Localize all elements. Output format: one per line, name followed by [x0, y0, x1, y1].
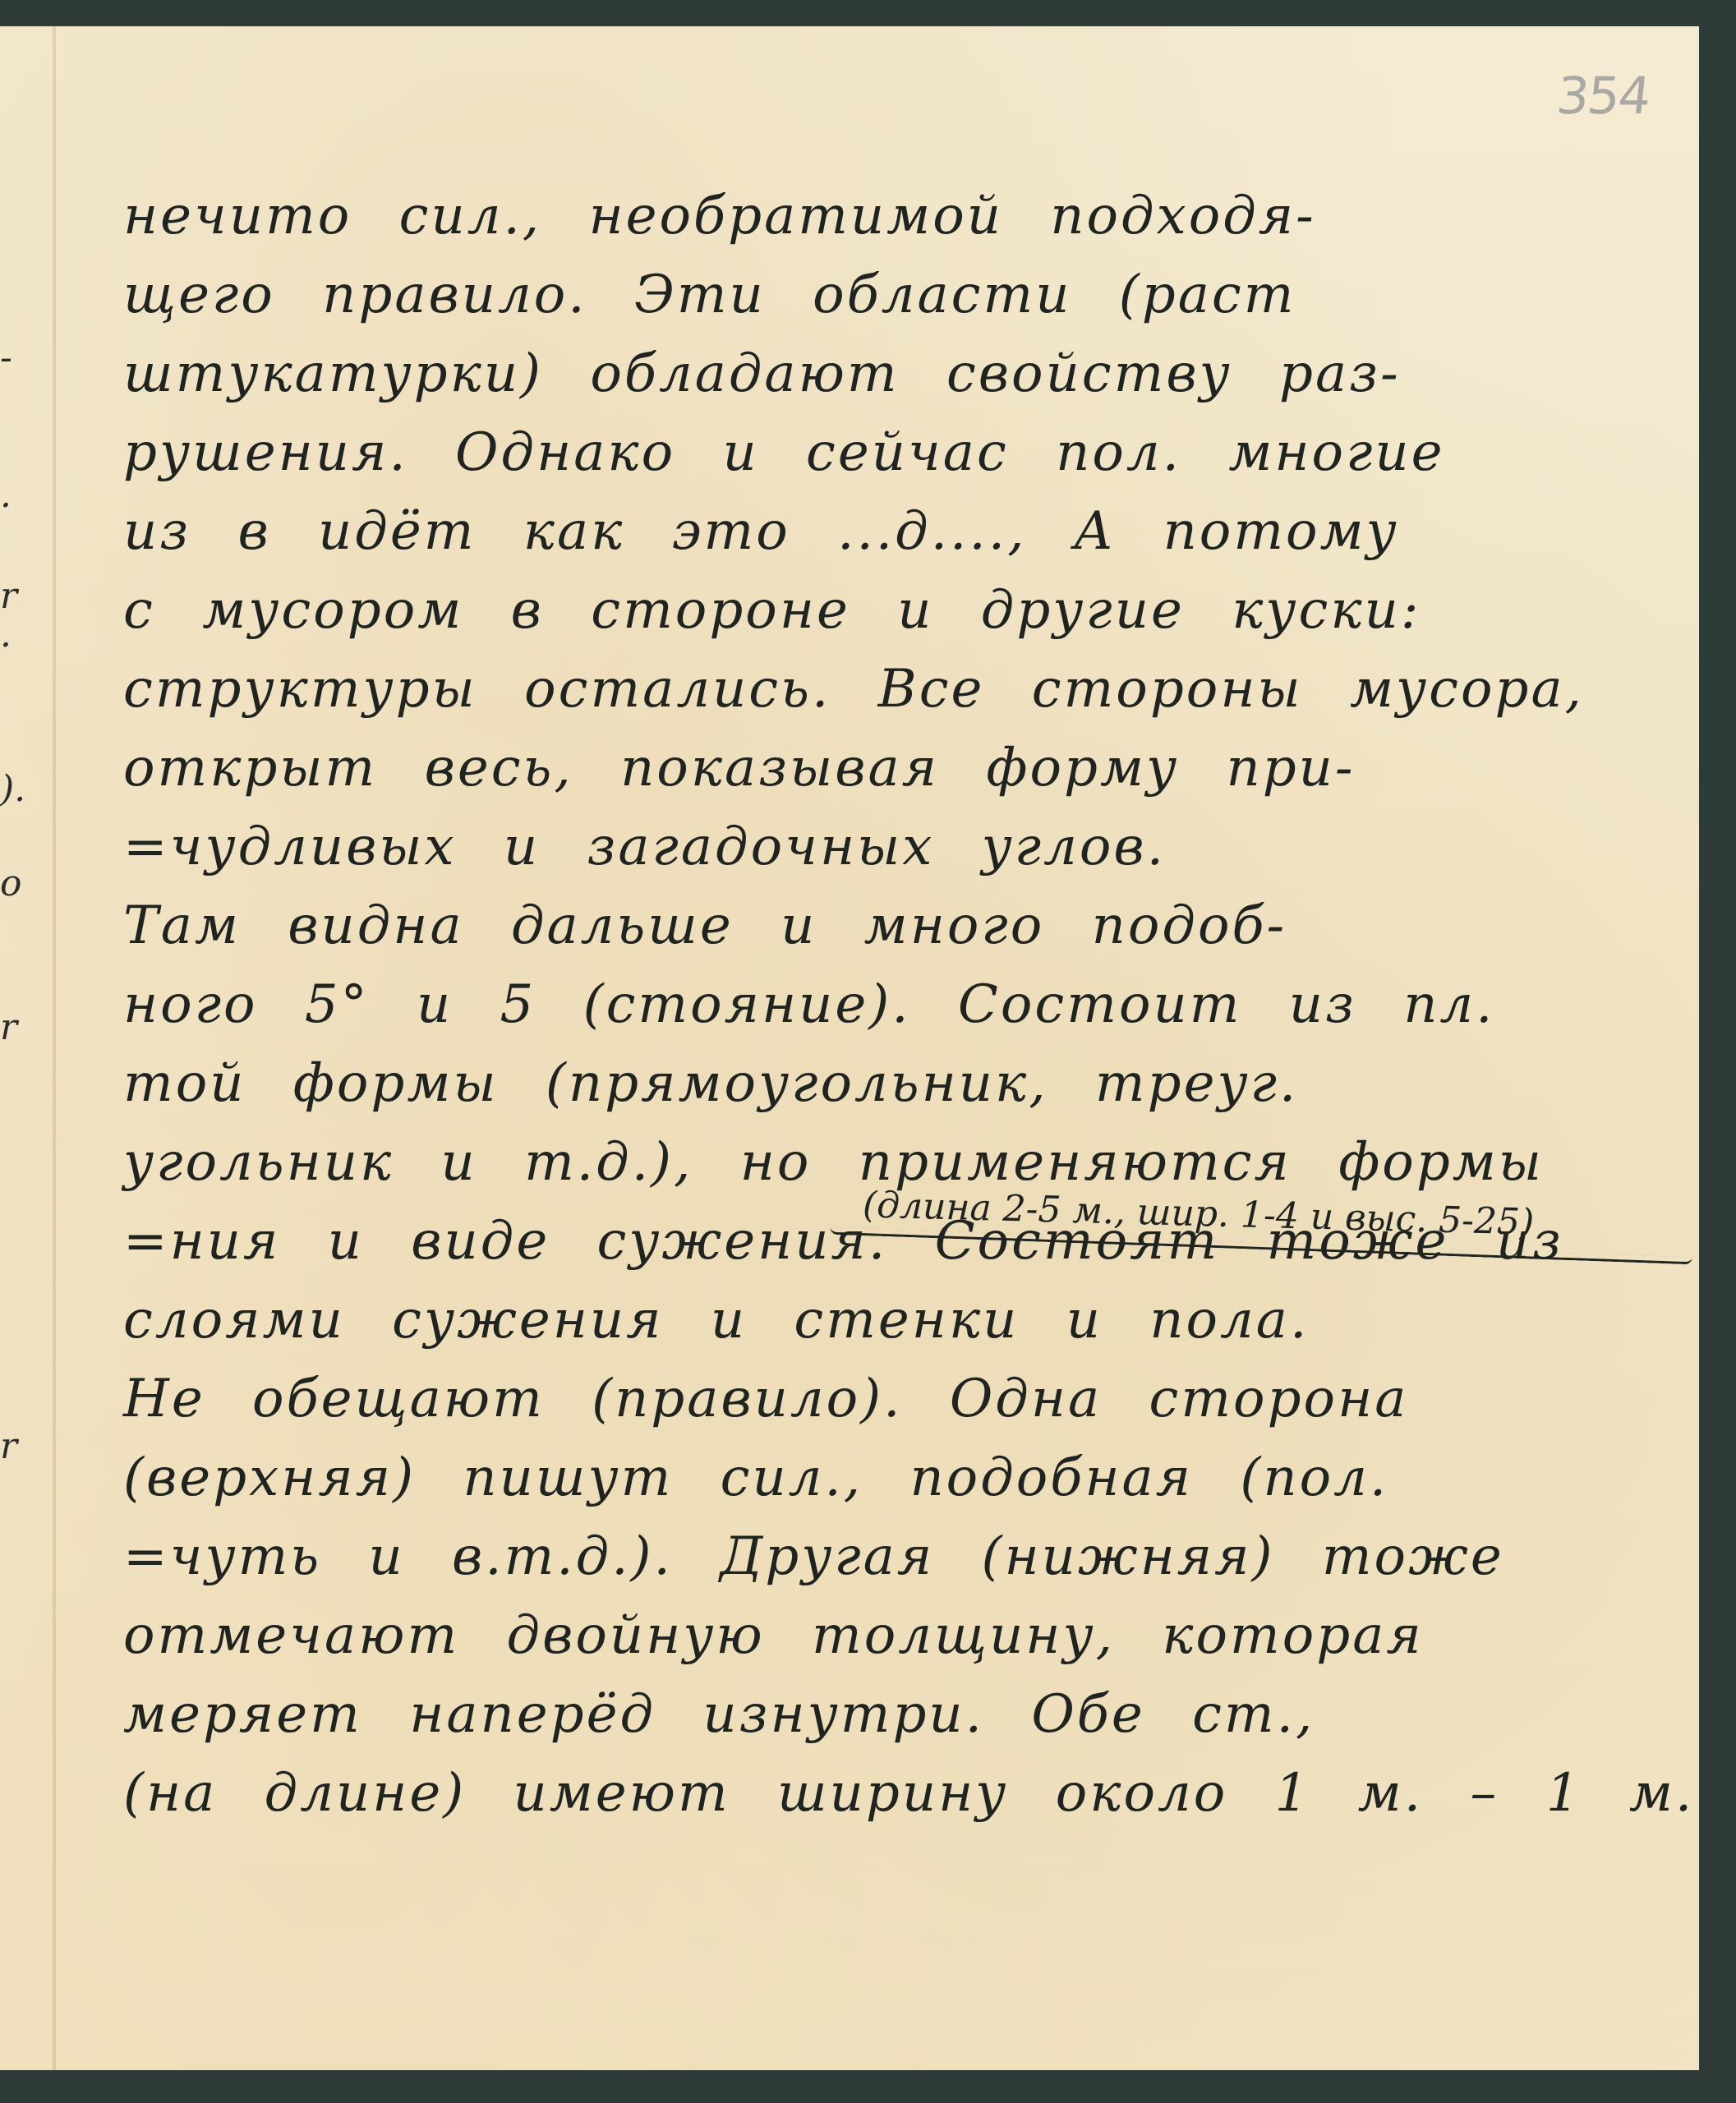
- manuscript-line: ного 5° и 5 (стояние). Состоит из пл.: [123, 965, 1684, 1044]
- margin-fragment: r: [0, 575, 17, 617]
- margin-fragment: ·: [0, 485, 12, 527]
- manuscript-line: слоями сужения и стенки и пола.: [123, 1281, 1684, 1360]
- manuscript-line: (на длине) имеют ширину около 1 м. – 1 м…: [123, 1754, 1684, 1833]
- manuscript-line: нечито сил., необратимой подходя-: [123, 177, 1684, 255]
- manuscript-line: Там видна дальше и много подоб-: [123, 886, 1684, 965]
- margin-fragment: r: [0, 1425, 17, 1467]
- manuscript-line: штукатурки) обладают свойству раз-: [123, 334, 1684, 413]
- margin-fragment: -: [0, 337, 12, 379]
- margin-fragment: ·: [0, 624, 12, 666]
- manuscript-line: структуры остались. Все стороны мусора,: [123, 650, 1684, 729]
- handwritten-text-block: нечито сил., необратимой подходя- щего п…: [123, 177, 1684, 1833]
- manuscript-line: отмечают двойную толщину, которая: [123, 1596, 1684, 1675]
- manuscript-line: =чуть и в.т.д.). Другая (нижняя) тоже: [123, 1517, 1684, 1596]
- margin-fragment: o: [0, 863, 22, 904]
- manuscript-line: щего правило. Эти области (раст: [123, 255, 1684, 334]
- manuscript-line: меряет наперёд изнутри. Обе ст.,: [123, 1675, 1684, 1754]
- manuscript-line: открыт весь, показывая форму при-: [123, 729, 1684, 808]
- margin-fragment: r: [0, 1006, 17, 1048]
- manuscript-line: =чудливых и загадочных углов.: [123, 808, 1684, 886]
- manuscript-line: с мусором в стороне и другие куски:: [123, 571, 1684, 650]
- folio-number: 354: [1554, 66, 1652, 126]
- margin-fragment: ).: [0, 768, 25, 810]
- manuscript-line: из в идёт как это ...д...., А потому: [123, 492, 1684, 571]
- manuscript-line: той формы (прямоугольник, треуг.: [123, 1044, 1684, 1123]
- manuscript-line: Не обещают (правило). Одна сторона: [123, 1360, 1684, 1438]
- manuscript-line: (верхняя) пишут сил., подобная (пол.: [123, 1438, 1684, 1517]
- page-fold-shadow: [53, 26, 56, 2070]
- facing-page-margin: - · r · ). o r r: [0, 0, 49, 2103]
- manuscript-line: рушения. Однако и сейчас пол. многие: [123, 413, 1684, 492]
